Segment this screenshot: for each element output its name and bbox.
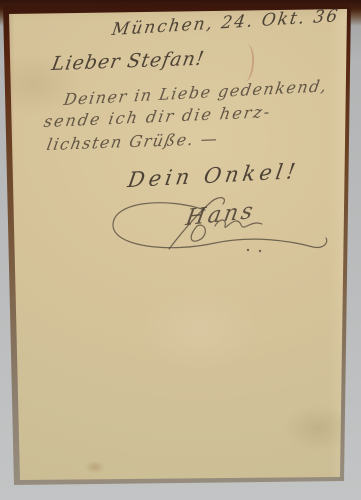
postcard-photo: München, 24. Okt. 36 Lieber Stefan! Dein… bbox=[0, 0, 361, 500]
